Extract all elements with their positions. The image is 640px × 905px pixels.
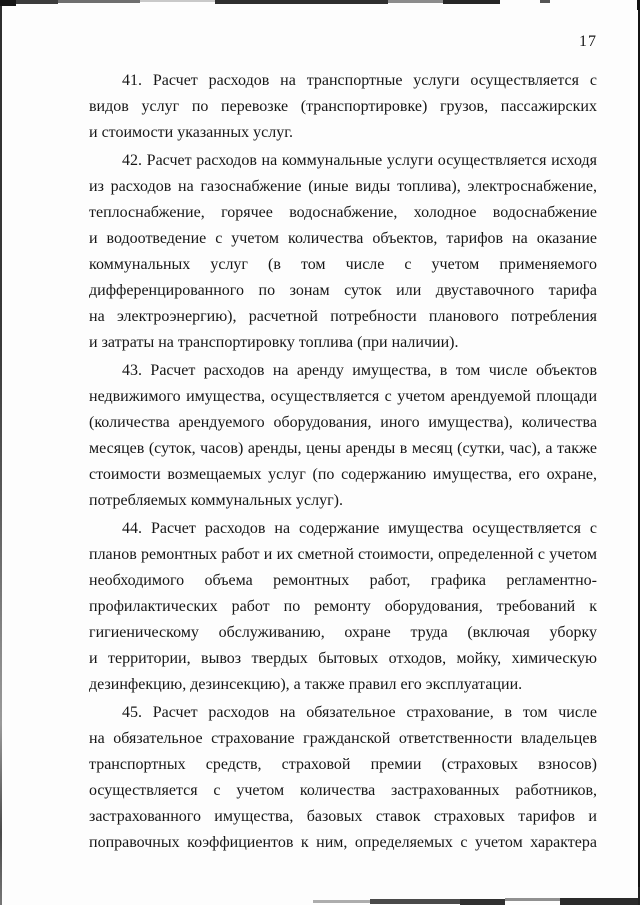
text-line: и территории, вывоз твердых бытовых отхо… bbox=[89, 646, 597, 672]
paragraph-44: 44. Расчет расходов на содержание имущес… bbox=[89, 516, 597, 698]
scan-artifact-top-bar bbox=[215, 0, 388, 4]
scan-artifact-top-bar bbox=[16, 0, 58, 4]
scan-artifact-top-bar bbox=[0, 0, 16, 6]
text-line: на электроэнергию), расчетной потребност… bbox=[89, 304, 597, 330]
text-line: дезинфекцию, дезинсекцию), а также прави… bbox=[89, 672, 597, 698]
text-line: потребляемых коммунальных услуг). bbox=[89, 488, 597, 514]
scan-artifact-bottom-bar bbox=[460, 899, 505, 905]
text-line: и стоимости указанных услуг. bbox=[89, 120, 597, 146]
text-line: и водоотведение с учетом количества объе… bbox=[89, 226, 597, 252]
text-line: видов услуг по перевозке (транспортировк… bbox=[89, 94, 597, 120]
scan-artifact-top-bar bbox=[58, 0, 140, 3]
text-line: месяцев (суток, часов) аренды, цены арен… bbox=[89, 436, 597, 462]
text-line: 43. Расчет расходов на аренду имущества,… bbox=[89, 358, 597, 384]
text-line: теплоснабжение, горячее водоснабжение, х… bbox=[89, 200, 597, 226]
text-line: 44. Расчет расходов на содержание имущес… bbox=[89, 516, 597, 542]
scan-artifact-left-edge bbox=[0, 0, 2, 905]
text-line: из расходов на газоснабжение (иные виды … bbox=[89, 174, 597, 200]
text-line: планов ремонтных работ и их сметной стои… bbox=[89, 542, 597, 568]
text-line: застрахованного имущества, базовых ставо… bbox=[89, 804, 597, 830]
scan-artifact-bottom-bar bbox=[505, 898, 560, 901]
text-line: недвижимого имущества, осуществляется с … bbox=[89, 384, 597, 410]
text-line: 42. Расчет расходов на коммунальные услу… bbox=[89, 148, 597, 174]
text-line: дифференцированного по зонам суток или д… bbox=[89, 278, 597, 304]
text-line: поправочных коэффициентов к ним, определ… bbox=[89, 830, 597, 856]
text-line: на обязательное страхование гражданской … bbox=[89, 726, 597, 752]
text-line: профилактических работ по ремонту оборуд… bbox=[89, 594, 597, 620]
paragraph-42: 42. Расчет расходов на коммунальные услу… bbox=[89, 148, 597, 356]
paragraph-43: 43. Расчет расходов на аренду имущества,… bbox=[89, 358, 597, 514]
text-line: коммунальных услуг (в том числе с учетом… bbox=[89, 252, 597, 278]
text-line: 41. Расчет расходов на транспортные услу… bbox=[89, 68, 597, 94]
text-line: гигиеническому обслуживанию, охране труд… bbox=[89, 620, 597, 646]
text-line: и затраты на транспортировку топлива (пр… bbox=[89, 330, 597, 356]
paragraph-41: 41. Расчет расходов на транспортные услу… bbox=[89, 68, 597, 146]
document-text-block: 41. Расчет расходов на транспортные услу… bbox=[89, 68, 597, 858]
text-line: (количества арендуемого оборудования, ин… bbox=[89, 410, 597, 436]
text-line: транспортных средств, страховой премии (… bbox=[89, 752, 597, 778]
text-line: необходимого объема ремонтных работ, гра… bbox=[89, 568, 597, 594]
paragraph-45: 45. Расчет расходов на обязательное стра… bbox=[89, 700, 597, 856]
scan-artifact-bottom-bar bbox=[313, 900, 370, 903]
page-number: 17 bbox=[89, 33, 597, 51]
scan-artifact-bottom-bar bbox=[370, 899, 460, 904]
text-line: осуществляется с учетом количества застр… bbox=[89, 778, 597, 804]
scan-artifact-top-bar bbox=[443, 0, 500, 4]
text-line: 45. Расчет расходов на обязательное стра… bbox=[89, 700, 597, 726]
scan-artifact-top-bar bbox=[540, 0, 550, 3]
text-line: стоимости возмещаемых услуг (по содержан… bbox=[89, 462, 597, 488]
scan-artifact-bottom-bar bbox=[560, 898, 640, 905]
scan-artifact-top-bar bbox=[388, 0, 443, 3]
scan-artifact-top-bar bbox=[140, 0, 215, 2]
